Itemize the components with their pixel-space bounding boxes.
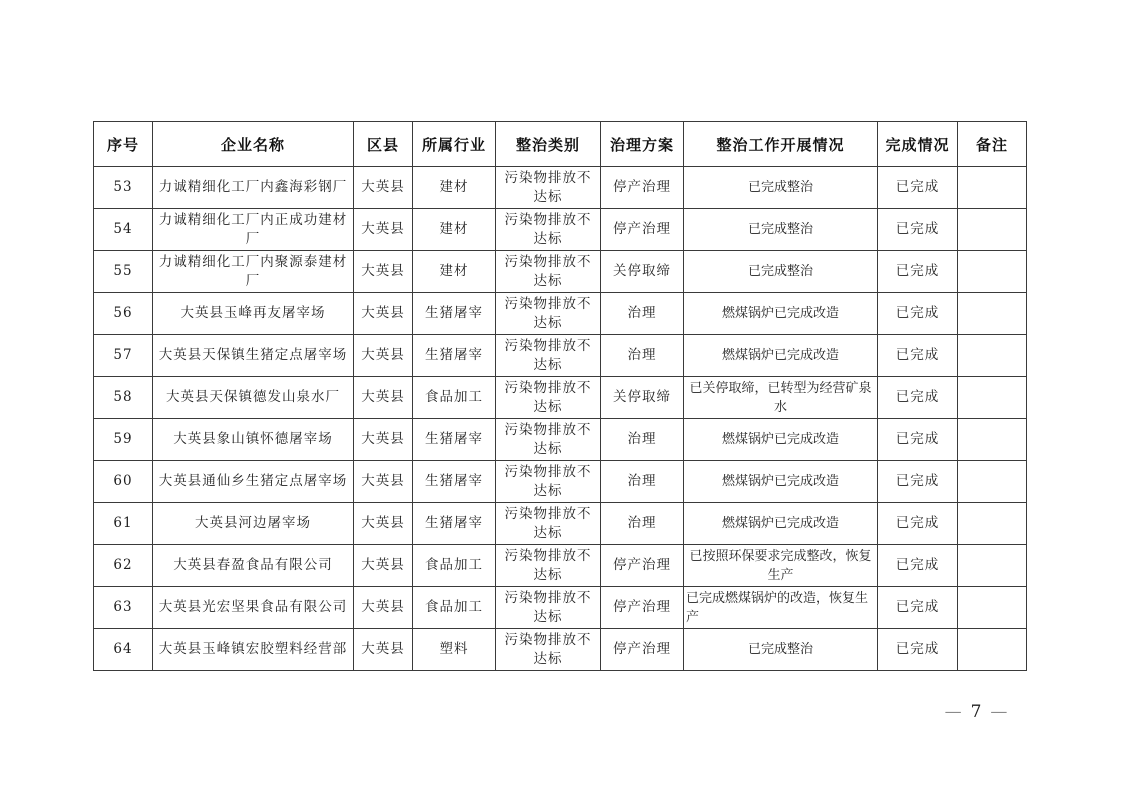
page-number: — 7 — bbox=[933, 702, 1019, 722]
cell-index: 61 bbox=[94, 503, 153, 545]
cell-enterprise-name: 大英县春盈食品有限公司 bbox=[153, 545, 354, 587]
table-row: 61 大英县河边屠宰场 大英县 生猪屠宰 污染物排放不达标 治理 燃煤锅炉已完成… bbox=[94, 503, 1027, 545]
cell-index: 60 bbox=[94, 461, 153, 503]
cell-district: 大英县 bbox=[354, 377, 413, 419]
cell-progress: 燃煤锅炉已完成改造 bbox=[684, 419, 878, 461]
header-remark: 备注 bbox=[958, 122, 1027, 167]
table-row: 59 大英县象山镇怀德屠宰场 大英县 生猪屠宰 污染物排放不达标 治理 燃煤锅炉… bbox=[94, 419, 1027, 461]
cell-completion: 已完成 bbox=[878, 251, 958, 293]
cell-remark bbox=[958, 251, 1027, 293]
cell-index: 53 bbox=[94, 167, 153, 209]
cell-industry: 食品加工 bbox=[413, 377, 496, 419]
cell-plan: 停产治理 bbox=[601, 587, 684, 629]
table-row: 57 大英县天保镇生猪定点屠宰场 大英县 生猪屠宰 污染物排放不达标 治理 燃煤… bbox=[94, 335, 1027, 377]
cell-district: 大英县 bbox=[354, 503, 413, 545]
cell-district: 大英县 bbox=[354, 419, 413, 461]
cell-industry: 塑料 bbox=[413, 629, 496, 671]
cell-enterprise-name: 大英县天保镇生猪定点屠宰场 bbox=[153, 335, 354, 377]
cell-progress: 燃煤锅炉已完成改造 bbox=[684, 461, 878, 503]
cell-progress: 已完成整治 bbox=[684, 251, 878, 293]
header-plan: 治理方案 bbox=[601, 122, 684, 167]
header-district: 区县 bbox=[354, 122, 413, 167]
cell-industry: 生猪屠宰 bbox=[413, 461, 496, 503]
cell-progress: 已完成整治 bbox=[684, 167, 878, 209]
header-progress: 整治工作开展情况 bbox=[684, 122, 878, 167]
cell-completion: 已完成 bbox=[878, 461, 958, 503]
cell-category: 污染物排放不达标 bbox=[496, 503, 601, 545]
cell-category: 污染物排放不达标 bbox=[496, 335, 601, 377]
cell-remark bbox=[958, 587, 1027, 629]
table-body: 53 力诚精细化工厂内鑫海彩钢厂 大英县 建材 污染物排放不达标 停产治理 已完… bbox=[94, 167, 1027, 671]
cell-category: 污染物排放不达标 bbox=[496, 587, 601, 629]
cell-district: 大英县 bbox=[354, 545, 413, 587]
cell-enterprise-name: 大英县象山镇怀德屠宰场 bbox=[153, 419, 354, 461]
cell-industry: 建材 bbox=[413, 209, 496, 251]
cell-progress: 已关停取缔，已转型为经营矿泉水 bbox=[684, 377, 878, 419]
cell-index: 55 bbox=[94, 251, 153, 293]
cell-plan: 治理 bbox=[601, 461, 684, 503]
cell-plan: 停产治理 bbox=[601, 209, 684, 251]
cell-completion: 已完成 bbox=[878, 545, 958, 587]
cell-remark bbox=[958, 335, 1027, 377]
cell-index: 54 bbox=[94, 209, 153, 251]
cell-index: 59 bbox=[94, 419, 153, 461]
header-category: 整治类别 bbox=[496, 122, 601, 167]
table-header-row: 序号 企业名称 区县 所属行业 整治类别 治理方案 整治工作开展情况 完成情况 … bbox=[94, 122, 1027, 167]
cell-plan: 停产治理 bbox=[601, 545, 684, 587]
cell-index: 57 bbox=[94, 335, 153, 377]
cell-completion: 已完成 bbox=[878, 503, 958, 545]
cell-district: 大英县 bbox=[354, 251, 413, 293]
cell-completion: 已完成 bbox=[878, 587, 958, 629]
cell-progress: 燃煤锅炉已完成改造 bbox=[684, 335, 878, 377]
cell-industry: 生猪屠宰 bbox=[413, 293, 496, 335]
cell-district: 大英县 bbox=[354, 167, 413, 209]
cell-index: 58 bbox=[94, 377, 153, 419]
cell-remark bbox=[958, 545, 1027, 587]
cell-remark bbox=[958, 419, 1027, 461]
cell-category: 污染物排放不达标 bbox=[496, 293, 601, 335]
rectification-table: 序号 企业名称 区县 所属行业 整治类别 治理方案 整治工作开展情况 完成情况 … bbox=[93, 121, 1027, 671]
cell-plan: 治理 bbox=[601, 503, 684, 545]
cell-enterprise-name: 大英县通仙乡生猪定点屠宰场 bbox=[153, 461, 354, 503]
cell-industry: 生猪屠宰 bbox=[413, 503, 496, 545]
cell-plan: 停产治理 bbox=[601, 629, 684, 671]
cell-remark bbox=[958, 461, 1027, 503]
cell-district: 大英县 bbox=[354, 335, 413, 377]
cell-plan: 关停取缔 bbox=[601, 251, 684, 293]
table-row: 64 大英县玉峰镇宏胶塑料经营部 大英县 塑料 污染物排放不达标 停产治理 已完… bbox=[94, 629, 1027, 671]
page-number-value: 7 bbox=[971, 702, 982, 722]
cell-progress: 燃煤锅炉已完成改造 bbox=[684, 293, 878, 335]
cell-enterprise-name: 大英县河边屠宰场 bbox=[153, 503, 354, 545]
table-row: 58 大英县天保镇德发山泉水厂 大英县 食品加工 污染物排放不达标 关停取缔 已… bbox=[94, 377, 1027, 419]
cell-remark bbox=[958, 629, 1027, 671]
cell-progress: 已按照环保要求完成整改，恢复生产 bbox=[684, 545, 878, 587]
cell-industry: 生猪屠宰 bbox=[413, 335, 496, 377]
header-enterprise-name: 企业名称 bbox=[153, 122, 354, 167]
cell-enterprise-name: 大英县玉峰镇宏胶塑料经营部 bbox=[153, 629, 354, 671]
table-row: 60 大英县通仙乡生猪定点屠宰场 大英县 生猪屠宰 污染物排放不达标 治理 燃煤… bbox=[94, 461, 1027, 503]
page-number-left-dash: — bbox=[945, 702, 962, 722]
cell-category: 污染物排放不达标 bbox=[496, 209, 601, 251]
cell-district: 大英县 bbox=[354, 293, 413, 335]
cell-progress: 燃煤锅炉已完成改造 bbox=[684, 503, 878, 545]
table-row: 55 力诚精细化工厂内聚源泰建材厂 大英县 建材 污染物排放不达标 关停取缔 已… bbox=[94, 251, 1027, 293]
cell-district: 大英县 bbox=[354, 209, 413, 251]
cell-index: 56 bbox=[94, 293, 153, 335]
cell-progress: 已完成燃煤锅炉的改造，恢复生产 bbox=[684, 587, 878, 629]
cell-completion: 已完成 bbox=[878, 629, 958, 671]
table-header: 序号 企业名称 区县 所属行业 整治类别 治理方案 整治工作开展情况 完成情况 … bbox=[94, 122, 1027, 167]
cell-industry: 建材 bbox=[413, 167, 496, 209]
cell-plan: 停产治理 bbox=[601, 167, 684, 209]
cell-completion: 已完成 bbox=[878, 419, 958, 461]
cell-industry: 生猪屠宰 bbox=[413, 419, 496, 461]
cell-district: 大英县 bbox=[354, 629, 413, 671]
cell-remark bbox=[958, 293, 1027, 335]
table-row: 62 大英县春盈食品有限公司 大英县 食品加工 污染物排放不达标 停产治理 已按… bbox=[94, 545, 1027, 587]
cell-index: 64 bbox=[94, 629, 153, 671]
table-row: 56 大英县玉峰再友屠宰场 大英县 生猪屠宰 污染物排放不达标 治理 燃煤锅炉已… bbox=[94, 293, 1027, 335]
cell-completion: 已完成 bbox=[878, 167, 958, 209]
cell-completion: 已完成 bbox=[878, 377, 958, 419]
cell-completion: 已完成 bbox=[878, 293, 958, 335]
cell-district: 大英县 bbox=[354, 461, 413, 503]
cell-remark bbox=[958, 377, 1027, 419]
header-index: 序号 bbox=[94, 122, 153, 167]
header-industry: 所属行业 bbox=[413, 122, 496, 167]
cell-category: 污染物排放不达标 bbox=[496, 419, 601, 461]
cell-index: 62 bbox=[94, 545, 153, 587]
cell-remark bbox=[958, 209, 1027, 251]
cell-progress: 已完成整治 bbox=[684, 629, 878, 671]
cell-progress: 已完成整治 bbox=[684, 209, 878, 251]
cell-enterprise-name: 大英县光宏坚果食品有限公司 bbox=[153, 587, 354, 629]
cell-industry: 食品加工 bbox=[413, 587, 496, 629]
cell-completion: 已完成 bbox=[878, 335, 958, 377]
cell-plan: 治理 bbox=[601, 419, 684, 461]
table-row: 53 力诚精细化工厂内鑫海彩钢厂 大英县 建材 污染物排放不达标 停产治理 已完… bbox=[94, 167, 1027, 209]
cell-remark bbox=[958, 503, 1027, 545]
cell-enterprise-name: 大英县玉峰再友屠宰场 bbox=[153, 293, 354, 335]
cell-category: 污染物排放不达标 bbox=[496, 461, 601, 503]
cell-industry: 食品加工 bbox=[413, 545, 496, 587]
cell-remark bbox=[958, 167, 1027, 209]
cell-industry: 建材 bbox=[413, 251, 496, 293]
document-page: 序号 企业名称 区县 所属行业 整治类别 治理方案 整治工作开展情况 完成情况 … bbox=[0, 0, 1122, 793]
cell-category: 污染物排放不达标 bbox=[496, 377, 601, 419]
cell-enterprise-name: 力诚精细化工厂内聚源泰建材厂 bbox=[153, 251, 354, 293]
cell-category: 污染物排放不达标 bbox=[496, 251, 601, 293]
cell-index: 63 bbox=[94, 587, 153, 629]
cell-completion: 已完成 bbox=[878, 209, 958, 251]
cell-category: 污染物排放不达标 bbox=[496, 629, 601, 671]
cell-plan: 治理 bbox=[601, 335, 684, 377]
cell-district: 大英县 bbox=[354, 587, 413, 629]
page-number-right-dash: — bbox=[990, 702, 1007, 722]
cell-enterprise-name: 大英县天保镇德发山泉水厂 bbox=[153, 377, 354, 419]
table-row: 54 力诚精细化工厂内正成功建材厂 大英县 建材 污染物排放不达标 停产治理 已… bbox=[94, 209, 1027, 251]
cell-enterprise-name: 力诚精细化工厂内正成功建材厂 bbox=[153, 209, 354, 251]
header-completion: 完成情况 bbox=[878, 122, 958, 167]
cell-category: 污染物排放不达标 bbox=[496, 545, 601, 587]
cell-plan: 关停取缔 bbox=[601, 377, 684, 419]
cell-enterprise-name: 力诚精细化工厂内鑫海彩钢厂 bbox=[153, 167, 354, 209]
cell-category: 污染物排放不达标 bbox=[496, 167, 601, 209]
table-row: 63 大英县光宏坚果食品有限公司 大英县 食品加工 污染物排放不达标 停产治理 … bbox=[94, 587, 1027, 629]
cell-plan: 治理 bbox=[601, 293, 684, 335]
